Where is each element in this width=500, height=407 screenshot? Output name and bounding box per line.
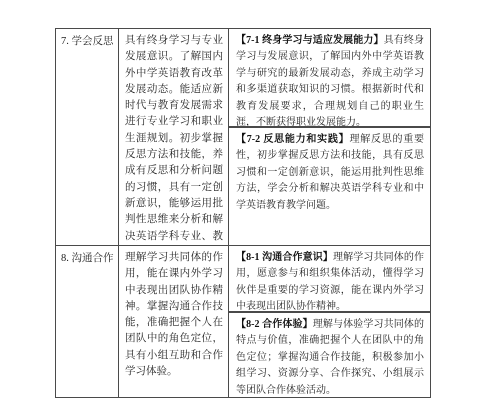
indicator-box-7-1: 【7-1 终身学习与适应发展能力】具有终身学习与发展意识，了解国内外中学英语教学… [229,29,430,128]
indicator-body-7-2: 理解反思的重要性，初步掌握反思方法和技能，具有反思习惯和一定创新意识，能运用批判… [236,134,424,211]
criterion-cell-8: 8. 沟通合作 [56,246,119,397]
criterion-cell-7: 7. 学会反思 [56,29,119,246]
indicator-box-8-2: 【8-2 合作体验】理解与体验学习共同体的特点与价值，准确把握个人在团队中的角色… [229,313,430,397]
indicator-body-8-2: 理解与体验学习共同体的特点与价值，准确把握个人在团队中的角色定位；掌握沟通合作技… [236,319,424,396]
criterion-title-8: 8. 沟通合作 [61,253,114,264]
requirement-cell-8: 理解学习共同体的作用，能在课内外学习中表现出团队协作精神。掌握沟通合作技能，准确… [119,246,229,397]
indicator-label-7-2: 【7-2 反思能力和实践】 [236,134,349,145]
indicator-column-7: 【7-1 终身学习与适应发展能力】具有终身学习与发展意识，了解国内外中学英语教学… [229,29,430,246]
requirement-cell-7: 具有终身学习与专业发展意识。了解国内外中学英语教育改革发展动态。能适应新时代与教… [119,29,229,246]
indicator-label-8-2: 【8-2 合作体验】 [236,319,313,330]
indicator-box-7-2: 【7-2 反思能力和实践】理解反思的重要性，初步掌握反思方法和技能，具有反思习惯… [229,128,430,245]
page: 7. 学会反思 具有终身学习与专业发展意识。了解国内外中学英语教育改革发展动态。… [0,0,500,407]
indicator-label-7-1: 【7-1 终身学习与适应发展能力】 [236,35,384,46]
requirement-text-8: 理解学习共同体的作用，能在课内外学习中表现出团队协作精神。掌握沟通合作技能，准确… [125,252,223,377]
indicator-box-8-1: 【8-1 沟通合作意识】理解学习共同体的作用，愿意参与和组织集体活动，懂得学习伙… [229,246,430,313]
indicator-column-8: 【8-1 沟通合作意识】理解学习共同体的作用，愿意参与和组织集体活动，懂得学习伙… [229,246,430,397]
requirement-text-7: 具有终身学习与专业发展意识。了解国内外中学英语教育改革发展动态。能适应新时代与教… [125,35,223,246]
indicator-label-8-1: 【8-1 沟通合作意识】 [236,252,333,263]
indicator-body-7-1: 具有终身学习与发展意识，了解国内外中学英语教学与研究的最新发展动态，养成主动学习… [236,35,424,128]
criterion-title-7: 7. 学会反思 [61,36,114,47]
standards-table: 7. 学会反思 具有终身学习与专业发展意识。了解国内外中学英语教育改革发展动态。… [55,28,431,398]
